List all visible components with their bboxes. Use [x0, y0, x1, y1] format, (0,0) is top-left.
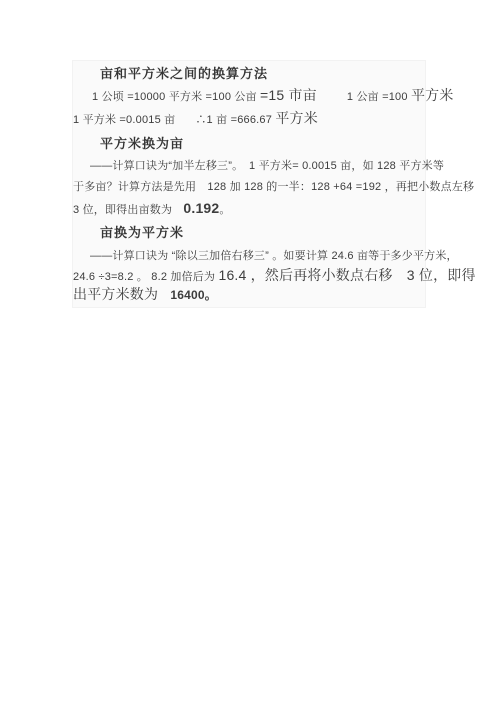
- sqm-to-mu-line-3-period: 。: [219, 204, 230, 216]
- mu-to-sqm-line-2-emphasis: 16.4 ，然后再将小数点右移 3 位，即得: [218, 267, 475, 283]
- conversion-line-2: 1 平方米 =0.0015 亩∴1 亩 =666.67 平方米: [73, 111, 318, 128]
- sqm-to-mu-paragraph-line-2: 于多亩？计算方法是先用 128 加 128 的一半：128 +64 =192 ，…: [73, 180, 474, 195]
- document-title: 亩和平方米之间的换算方法: [100, 66, 268, 81]
- mu-to-sqm-paragraph-line-3: 出平方米数为 16400。: [73, 287, 217, 304]
- conversion-line-2-text: 1 平方米 =0.0015 亩: [73, 114, 175, 126]
- mu-to-sqm-paragraph-line-2: 24.6 ÷3=8.2 。 8.2 加倍后为 16.4 ，然后再将小数点右移 3…: [73, 268, 476, 285]
- conversion-line-1-emphasis-2: 平方米: [411, 87, 454, 103]
- sqm-to-mu-result-value: 0.192: [183, 200, 219, 216]
- conversion-line-1-emphasis: =15 市亩: [260, 87, 317, 103]
- mu-to-sqm-result-value: 16400。: [158, 288, 217, 302]
- conversion-line-1-text-2: 1 公亩 =100: [347, 91, 411, 103]
- sqm-to-mu-paragraph-line-3: 3 位，即得出亩数为 0.192。: [73, 201, 231, 218]
- conversion-line-2-emphasis: 平方米: [275, 110, 318, 126]
- sqm-to-mu-paragraph-line-1: ——计算口诀为“加半左移三”。 1 平方米= 0.0015 亩，如 128 平方…: [90, 159, 444, 174]
- document-page: 亩和平方米之间的换算方法 1 公顷 =10000 平方米 =100 公亩 =15…: [73, 61, 425, 307]
- conversion-line-1-text: 1 公顷 =10000 平方米 =100 公亩: [92, 91, 260, 103]
- section-heading-mu-to-sqm: 亩换为平方米: [100, 225, 184, 240]
- section-heading-sqm-to-mu: 平方米换为亩: [100, 136, 184, 151]
- mu-to-sqm-line-3-text: 出平方米数为: [73, 286, 158, 302]
- mu-to-sqm-paragraph-line-1: ——计算口诀为 “除以三加倍右移三” 。如要计算 24.6 亩等于多少平方米，: [90, 249, 458, 264]
- conversion-line-2-text-2: ∴1 亩 =666.67: [195, 114, 275, 126]
- page-background: { "colors": { "page_bg": "#ffffff", "doc…: [0, 0, 500, 708]
- conversion-line-1: 1 公顷 =10000 平方米 =100 公亩 =15 市亩1 公亩 =100 …: [92, 88, 454, 105]
- mu-to-sqm-line-2-text: 24.6 ÷3=8.2 。 8.2 加倍后为: [73, 271, 218, 283]
- sqm-to-mu-line-3-text: 3 位，即得出亩数为: [73, 204, 183, 216]
